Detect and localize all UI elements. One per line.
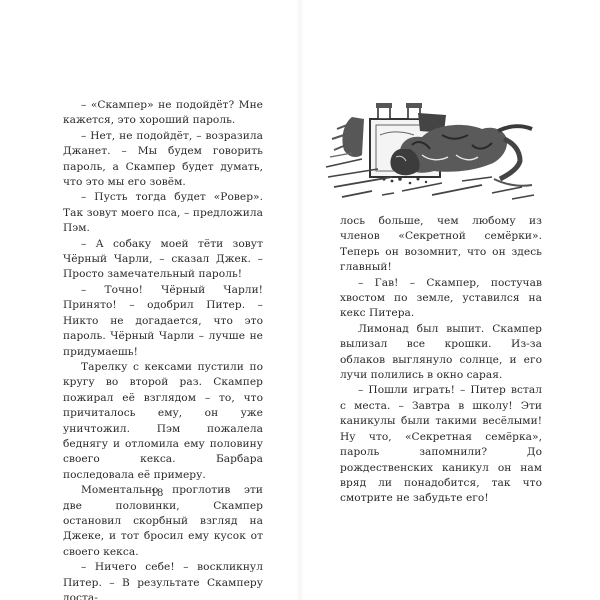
right-page: лось больше, чем любому из членов «Секре…	[300, 0, 600, 600]
paragraph: – Нет, не подойдёт, – возразила Джанет. …	[63, 129, 263, 191]
paragraph: – Пошли играть! – Питер встал с места. –…	[340, 383, 542, 506]
paragraph: – А собаку моей тёти зовут Чёрный Чарли,…	[63, 237, 263, 283]
paragraph: Лимонад был выпит. Скампер вылизал все к…	[340, 322, 542, 384]
left-page-text: – «Скампер» не подойдёт? Мне кажется, эт…	[63, 98, 263, 600]
paragraph: Тарелку с кексами пустили по кругу во вт…	[63, 360, 263, 483]
paragraph: лось больше, чем любому из членов «Секре…	[340, 214, 542, 276]
paragraph: – Точно! Чёрный Чарли! Принято! – одобри…	[63, 283, 263, 360]
paragraph: – Пусть тогда будет «Ровер». Так зовут м…	[63, 190, 263, 236]
right-page-text: лось больше, чем любому из членов «Секре…	[340, 214, 542, 507]
paragraph: – Ничего себе! – воскликнул Питер. – В р…	[63, 560, 263, 600]
left-page: – «Скампер» не подойдёт? Мне кажется, эт…	[0, 0, 300, 600]
page-number: 18	[147, 488, 167, 499]
dog-eating-crumbs-illustration	[322, 95, 537, 205]
paragraph: – Гав! – Скампер, постучав хвостом по зе…	[340, 276, 542, 322]
paragraph: – «Скампер» не подойдёт? Мне кажется, эт…	[63, 98, 263, 129]
